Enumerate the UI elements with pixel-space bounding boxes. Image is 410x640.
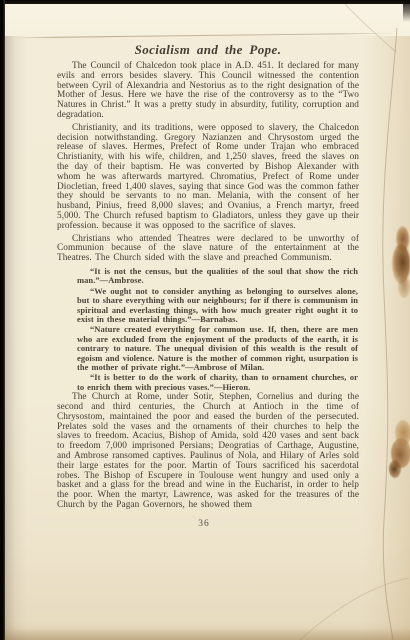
ink-stain-top: [390, 224, 410, 300]
page-title: Socialism and the Pope.: [57, 42, 359, 57]
paragraph: The Council of Chalcedon took place in A…: [57, 62, 359, 121]
block-quote: “It is better to do the work of charity,…: [77, 373, 359, 392]
block-quote: “It is not the census, but the qualities…: [77, 267, 359, 286]
page-bottom-shadow: [5, 628, 410, 640]
binding-edge-top-right: [403, 0, 410, 22]
binding-edge-left: [0, 0, 5, 640]
paragraph: Christianity, and its traditions, were o…: [57, 124, 359, 232]
paragraph: The Church at Rome, under Sotir, Stephen…: [57, 393, 359, 511]
block-quote: “We ought not to consider anything as be…: [77, 287, 359, 325]
page-number: 36: [53, 519, 355, 529]
page-text-column: Socialism and the Pope. The Council of C…: [57, 42, 359, 529]
paragraph: Christians who attended Theatres were de…: [57, 235, 359, 264]
under-page-edge: [5, 4, 410, 36]
block-quote: “Nature created everything for common us…: [77, 325, 359, 372]
ink-stain-bottom: [387, 420, 410, 482]
binding-edge-top: [0, 0, 410, 4]
